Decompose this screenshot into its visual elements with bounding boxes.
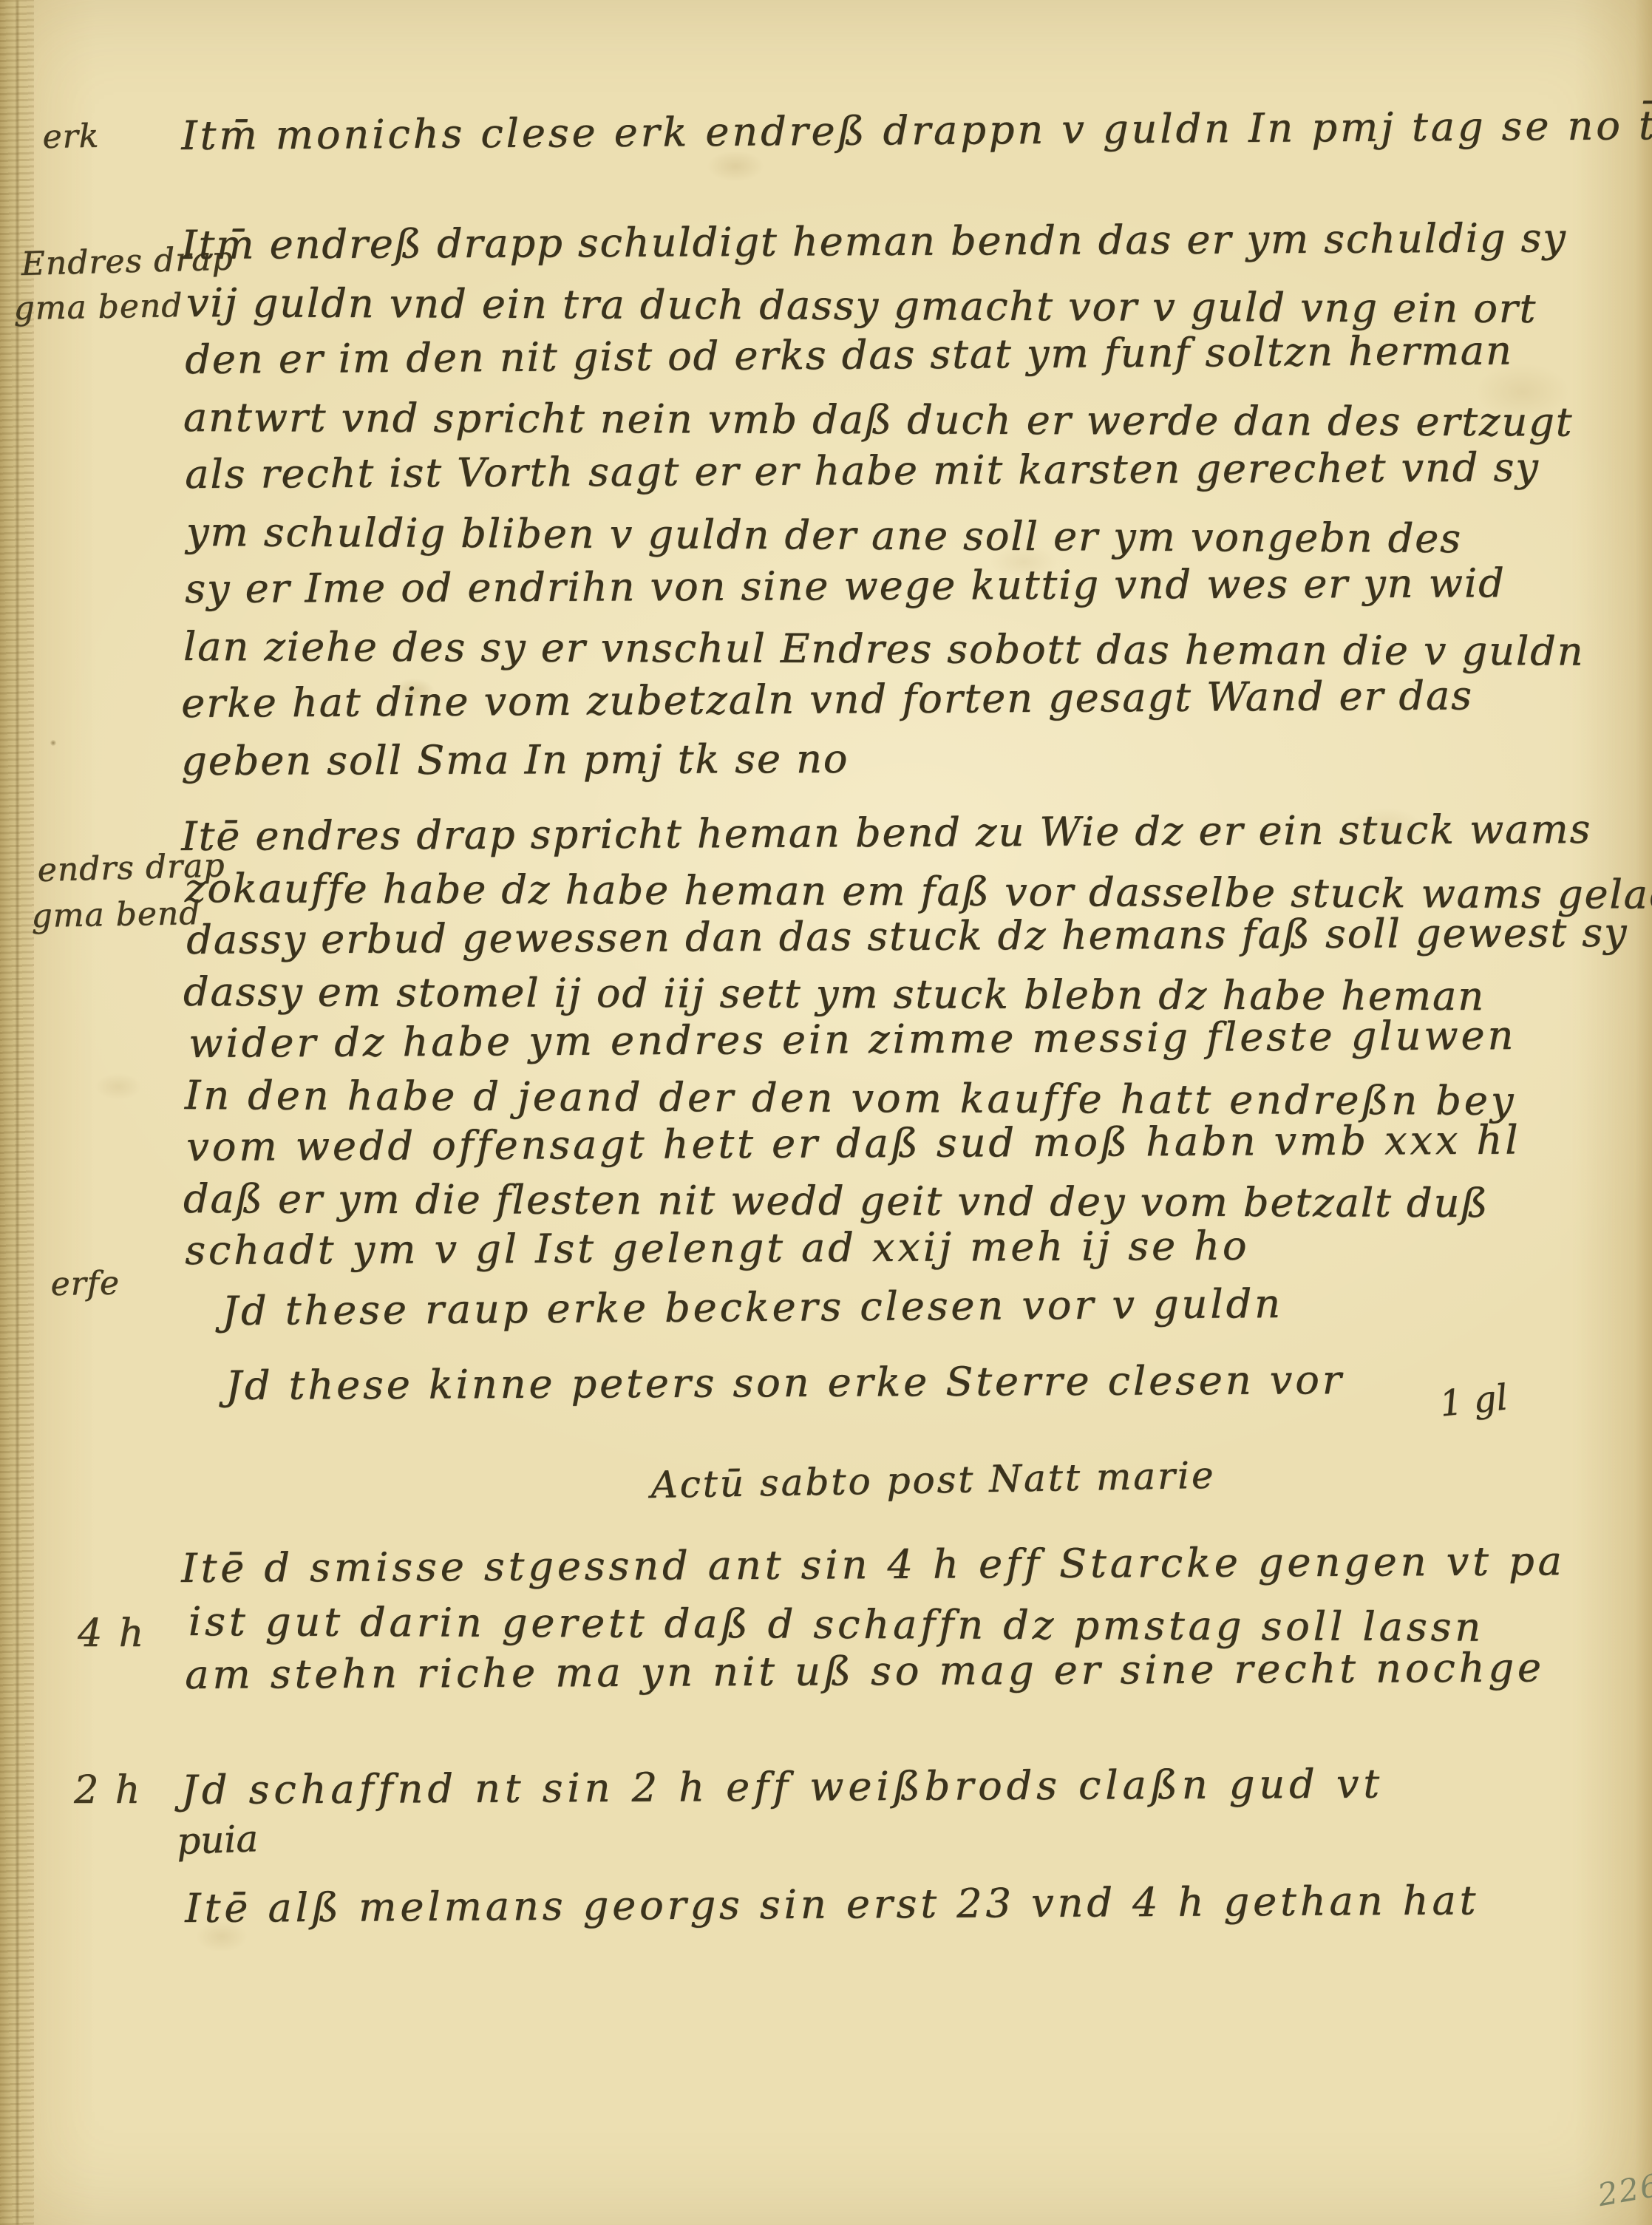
entry7-subscript: puia [176, 1817, 259, 1863]
entry2-line: erke hat dine vom zubetzaln vnd forten g… [181, 672, 1473, 727]
entry2-line: lan ziehe des sy er vnschul Endres sobot… [183, 623, 1585, 675]
entry2-line: antwrt vnd spricht nein vmb daß duch er … [183, 394, 1574, 446]
folio-number: 226 [1595, 2167, 1652, 2213]
margin-note-4h: 4 h [78, 1611, 146, 1656]
manuscript-page: erk Endres drap gma bend endrs drap gma … [0, 0, 1652, 2225]
entry3-line: dassy em stomel ij od iij sett ym stuck … [183, 968, 1485, 1019]
entry2-line: Itm̄ endreß drapp schuldigt heman bendn … [181, 214, 1567, 268]
entry3-line: In den habe d jeand der den vom kauffe h… [185, 1072, 1517, 1124]
entry3-line: Itē endres drap spricht heman bend zu Wi… [181, 806, 1591, 860]
entry2-line: als recht ist Vorth sagt er er habe mit … [185, 444, 1540, 497]
entry6-line: ist gut darin gerett daß d schaffn dz pm… [188, 1598, 1484, 1651]
entry2-line: vij guldn vnd ein tra duch dassy gmacht … [186, 279, 1537, 332]
entry4-line: Jd these raup erke beckers clesen vor v … [222, 1280, 1283, 1334]
margin-note-erfe: erfe [50, 1264, 120, 1303]
margin-note-erk: erk [42, 118, 100, 156]
entry3-line: vom wedd offensagt hett er daß sud moß h… [186, 1117, 1521, 1170]
dating-line: Actū sabto post Natt marie [650, 1454, 1216, 1506]
entry3-line: wider dz habe ym endres ein zimme messig… [188, 1012, 1516, 1067]
entry6-line: am stehn riche ma yn nit uß so mag er si… [185, 1644, 1545, 1698]
entry2-line: geben soll Sma In pmj tk se no [181, 736, 849, 784]
entry5-line: Jd these kinne peters son erke Sterre cl… [225, 1356, 1345, 1409]
entry2-line: sy er Ime od endrihn von sine wege kutti… [185, 560, 1506, 612]
margin-note-endres-drap-line2: gma bend [13, 287, 183, 327]
entry3-line: daß er ym die flesten nit wedd geit vnd … [183, 1175, 1489, 1226]
entry5-amount: 1 gl [1438, 1376, 1509, 1424]
entry3-line: dassy erbud gewessen dan das stuck dz he… [186, 909, 1628, 963]
entry7-line: Jd schaffnd nt sin 2 h eff weißbrods cla… [181, 1760, 1384, 1813]
margin-note-endrs-drap-line2: gma bend [31, 894, 201, 935]
entry6-line: Itē d smisse stgessnd ant sin 4 h eff St… [181, 1538, 1566, 1592]
binding-seam [16, 0, 18, 2225]
entry2-line: ym schuldig bliben v guldn der ane soll … [186, 509, 1462, 562]
entry2-line: den er im den nit gist od erks das stat … [185, 327, 1513, 383]
entry1-line: Itm̄ monichs clese erk endreß drappn v g… [181, 102, 1652, 159]
entry3-line: schadt ym v gl Ist gelengt ad xxij meh i… [185, 1223, 1249, 1274]
entry8-line: Itē alß melmans georgs sin erst 23 vnd 4… [185, 1877, 1479, 1932]
margin-note-2h: 2 h [74, 1768, 142, 1813]
